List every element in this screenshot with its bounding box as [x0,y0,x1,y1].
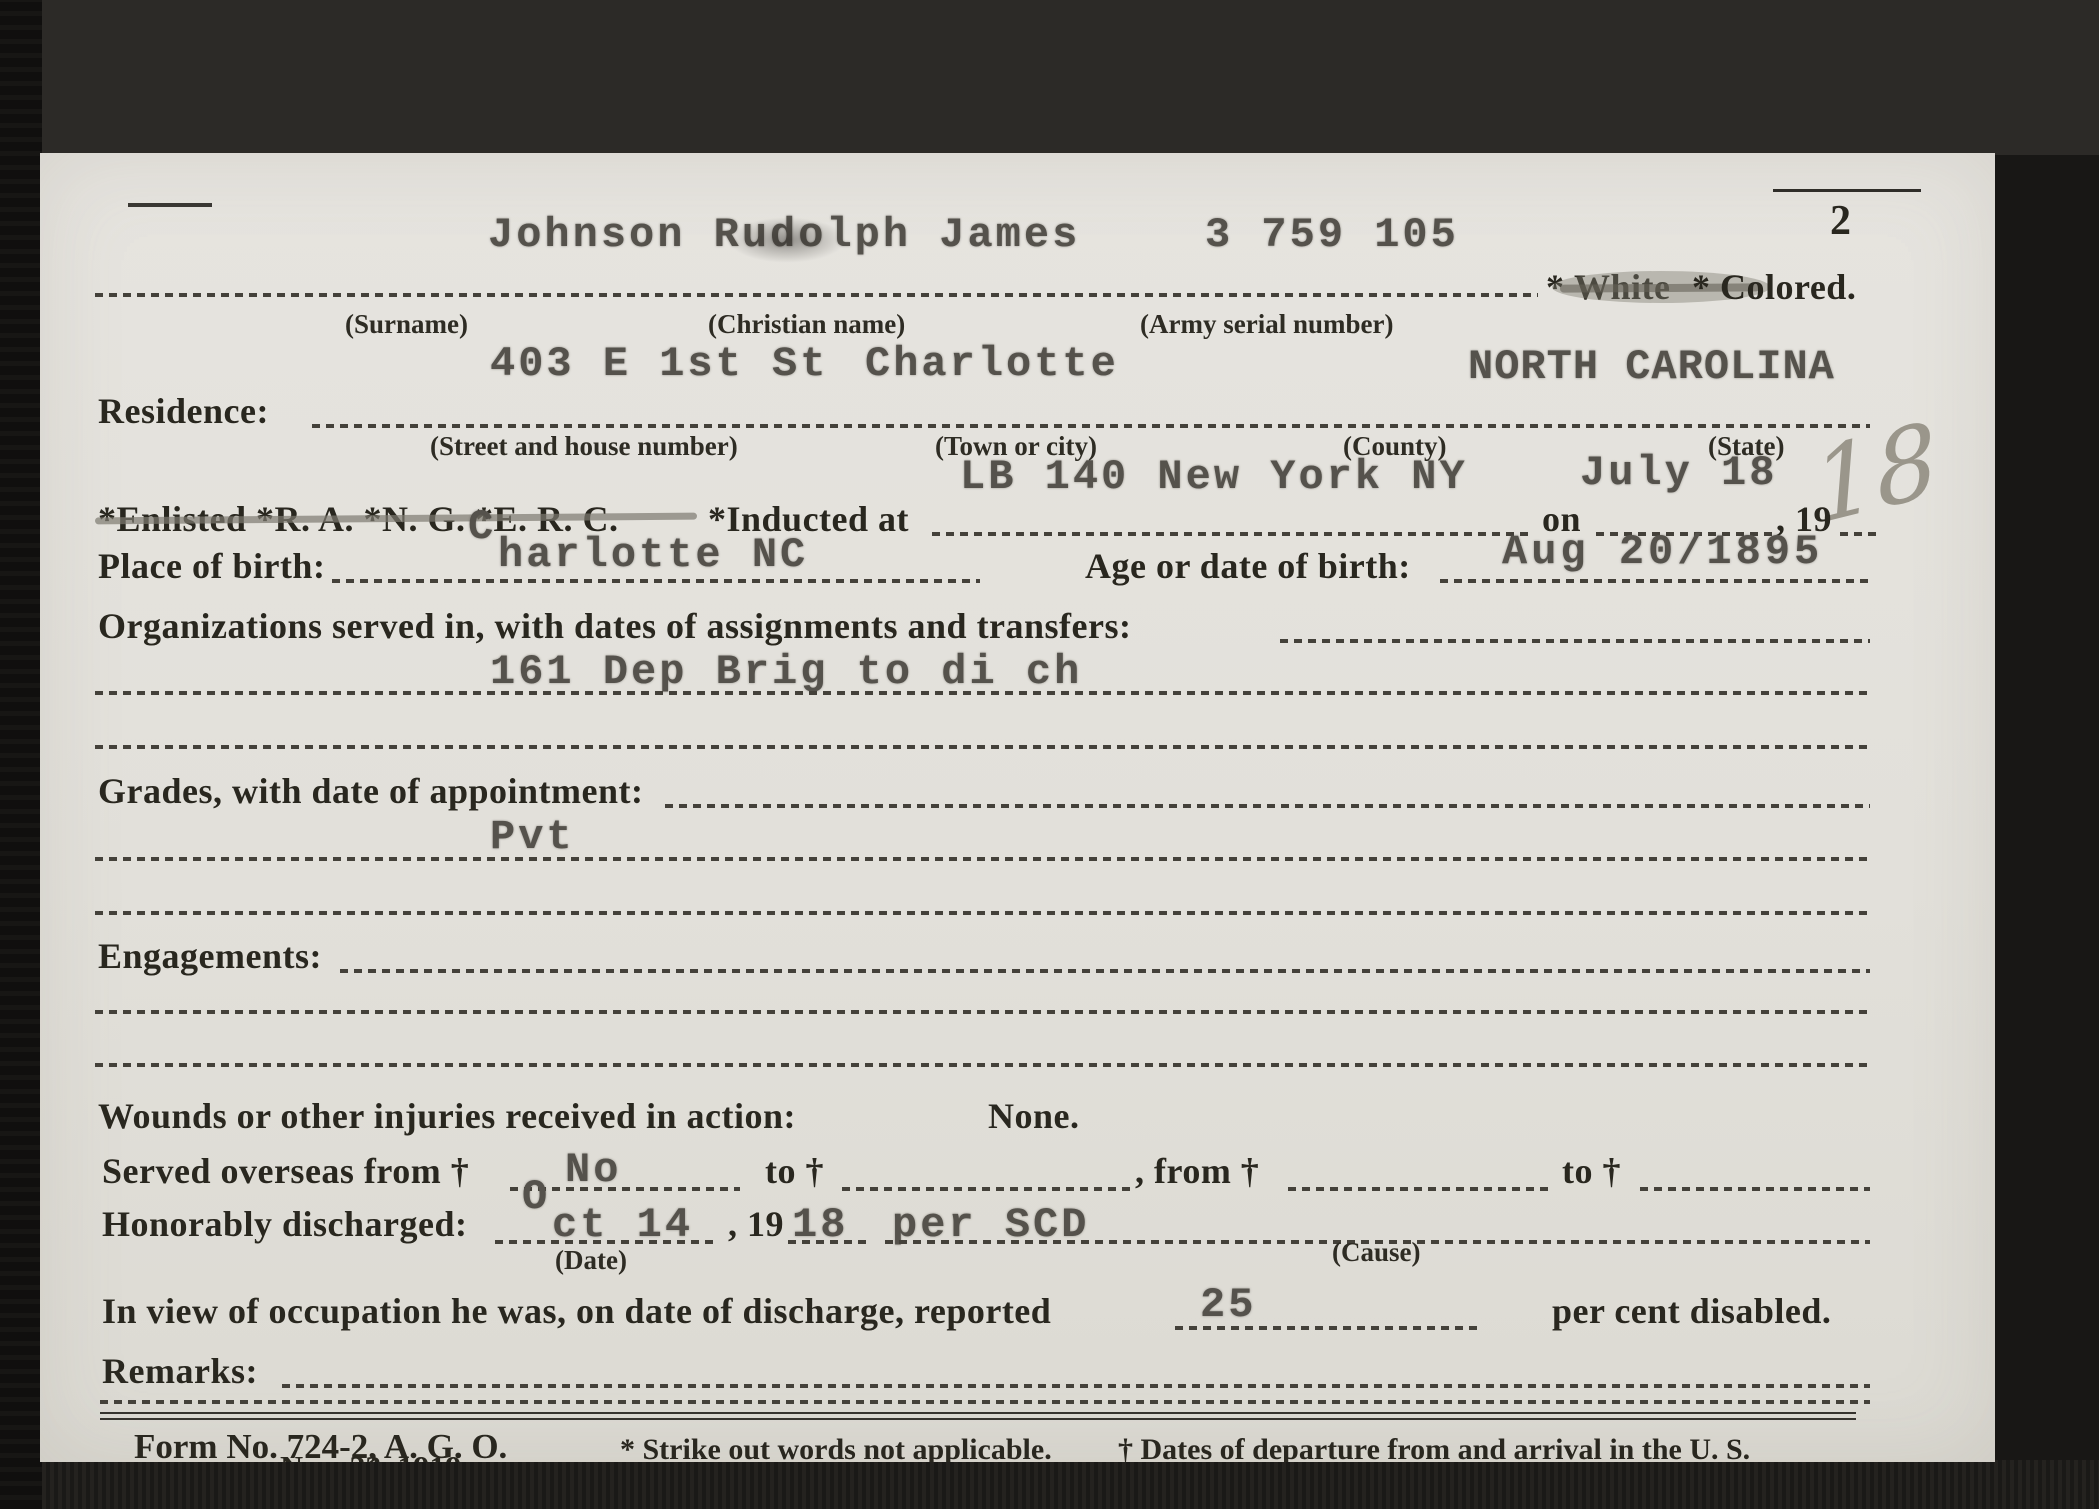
footnote-strike-out: * Strike out words not applicable. [620,1433,1052,1462]
label-grades: Grades, with date of appointment: [98,770,644,812]
dotted-line [340,969,1870,973]
dotted-line [95,745,1870,749]
label-overseas-from-2: , from † [1135,1150,1259,1192]
typed-birthplace: harlotte NC [498,531,808,579]
label-engagements: Engagements: [98,935,322,977]
dotted-line [95,691,1870,695]
dotted-line [312,424,1870,428]
dotted-line [100,1400,1870,1404]
top-dash-mark [128,203,212,207]
dotted-line [932,532,1532,536]
ink-smudge [728,217,846,263]
typed-birthplace-raised-letter: C [468,503,496,551]
label-wounds: Wounds or other injuries received in act… [98,1095,796,1137]
label-surname: (Surname) [345,309,468,340]
page-number: 2 [1830,197,1851,245]
footnote-dagger: † Dates of departure from and arrival in… [1118,1433,1750,1462]
service-record-card: Johnson Rudolph James 3 759 105 2 * Whit… [40,153,1995,1462]
dotted-line [1440,579,1870,583]
dotted-line [1280,639,1870,643]
dotted-line [1840,532,1876,536]
label-age-or-birthdate: Age or date of birth: [1085,545,1411,587]
label-served-overseas: Served overseas from † [102,1150,469,1192]
typed-discharge-raised-letter: O [522,1173,550,1221]
race-star-2: * [1692,266,1711,308]
label-honorably-discharged: Honorably discharged: [102,1203,468,1245]
dotted-line [788,1240,866,1244]
label-discharge-year-19: , 19 [728,1203,784,1245]
label-organizations: Organizations served in, with dates of a… [98,605,1132,647]
footer-rule-bottom [100,1418,1856,1420]
typed-birthdate: Aug 20/1895 [1502,528,1823,576]
label-christian-name: (Christian name) [708,309,905,340]
scan-border-right [1995,155,2099,1509]
label-overseas-to-2: to † [1562,1150,1621,1192]
typed-serial-number: 3 759 105 [1205,211,1459,259]
dotted-line [1175,1326,1477,1330]
dotted-line [282,1384,1870,1388]
typed-grade: Pvt [490,813,575,861]
dotted-line [842,1187,1130,1191]
label-army-serial: (Army serial number) [1140,309,1393,340]
dotted-line [95,1010,1870,1014]
dotted-line [332,579,980,583]
typed-town: Charlotte [865,340,1119,388]
page-number-rule [1773,189,1921,192]
footer-rule-top [100,1412,1856,1414]
dotted-line [1640,1187,1870,1191]
label-overseas-to-1: to † [765,1150,824,1192]
typed-street: 403 E 1st St [490,340,828,388]
scan-border-bottom [42,1460,2099,1509]
race-option-colored: Colored. [1720,266,1856,308]
label-cause: (Cause) [1332,1237,1421,1268]
dotted-line [665,804,1870,808]
label-date: (Date) [555,1245,627,1276]
label-place-of-birth: Place of birth: [98,545,325,587]
dotted-line [95,857,1870,861]
typed-overseas-from: No [565,1146,621,1194]
label-residence: Residence: [98,390,269,432]
label-remarks: Remarks: [102,1350,258,1392]
typed-state: NORTH CAROLINA [1468,343,1835,391]
wounds-value: None. [988,1095,1080,1137]
form-date: Nov. 23, 1919 [280,1449,461,1462]
label-street-number: (Street and house number) [430,431,738,462]
scan-border-left [0,0,42,1509]
label-disability: In view of occupation he was, on date of… [102,1290,1051,1332]
dotted-line [95,911,1870,915]
label-percent-disabled: per cent disabled. [1552,1290,1831,1332]
typed-induction-place: LB 140 New York NY [960,453,1468,501]
typed-disability-percent: 25 [1200,1281,1256,1329]
scan-border-top [42,0,2099,155]
dotted-line [95,293,1538,297]
dotted-line [95,1063,1870,1067]
scanned-record-page: Johnson Rudolph James 3 759 105 2 * Whit… [0,0,2099,1509]
typed-organizations: 161 Dep Brig to di ch [490,648,1082,696]
typed-discharge-date: ct 14 [552,1201,693,1249]
dotted-line [1288,1187,1554,1191]
typed-induction-date: July 18 [1580,449,1777,497]
